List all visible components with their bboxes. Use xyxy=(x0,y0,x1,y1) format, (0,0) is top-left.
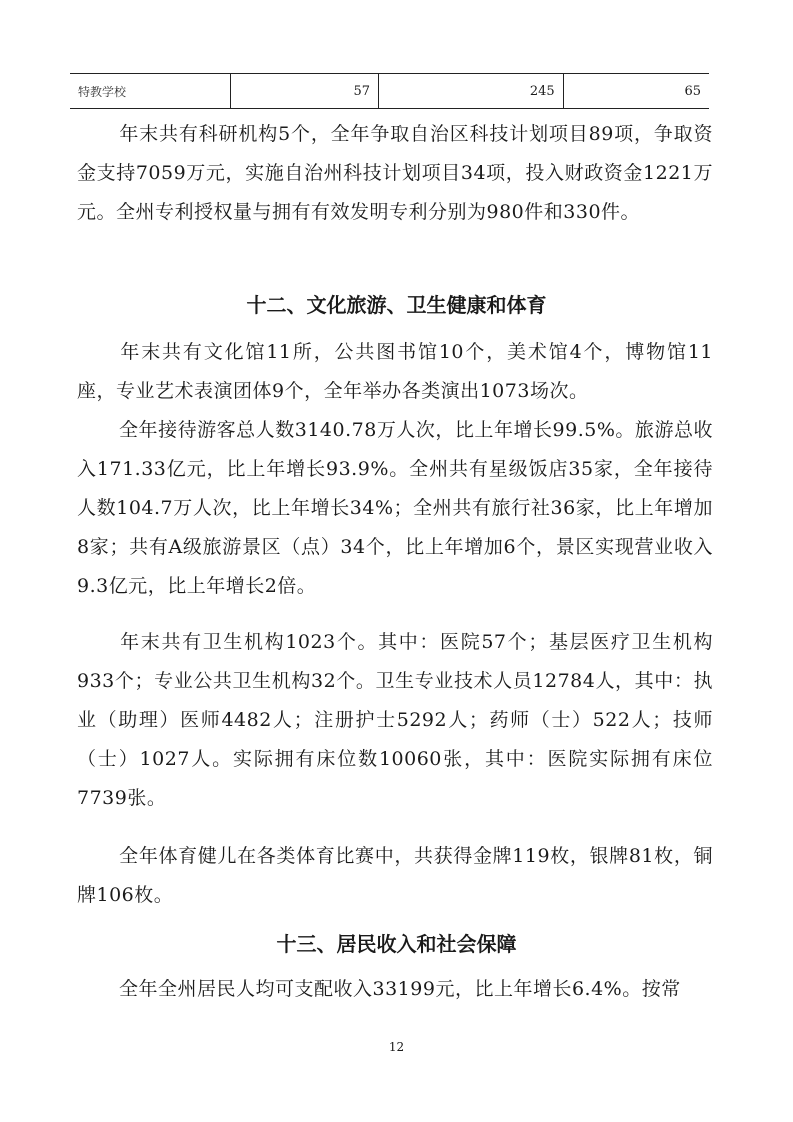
cell-value: 57 xyxy=(231,74,379,109)
section-heading-13: 十三、居民收入和社会保障 xyxy=(0,928,793,957)
document-page: 特教学校 57 245 65 年末共有科研机构5个，全年争取自治区科技计划项目8… xyxy=(0,0,793,1122)
paragraph-science: 年末共有科研机构5个，全年争取自治区科技计划项目89项，争取资金支持7059万元… xyxy=(77,115,713,232)
page-number: 12 xyxy=(0,1040,793,1054)
paragraph-tourism: 全年接待游客总人数3140.78万人次，比上年增长99.5%。旅游总收入171.… xyxy=(77,411,713,606)
section-heading-12: 十二、文化旅游、卫生健康和体育 xyxy=(0,289,793,318)
row-label: 特教学校 xyxy=(70,74,231,109)
paragraph-health: 年末共有卫生机构1023个。其中：医院57个；基层医疗卫生机构933个；专业公共… xyxy=(77,623,713,818)
data-table: 特教学校 57 245 65 xyxy=(70,73,709,109)
paragraph-culture: 年末共有文化馆11所，公共图书馆10个，美术馆4个，博物馆11座，专业艺术表演团… xyxy=(77,333,713,411)
table-row: 特教学校 57 245 65 xyxy=(70,74,709,109)
paragraph-sports: 全年体育健儿在各类体育比赛中，共获得金牌119枚，银牌81枚，铜牌106枚。 xyxy=(77,837,713,915)
cell-value: 65 xyxy=(563,74,709,109)
paragraph-income: 全年全州居民人均可支配收入33199元，比上年增长6.4%。按常 xyxy=(77,970,713,1009)
cell-value: 245 xyxy=(379,74,564,109)
